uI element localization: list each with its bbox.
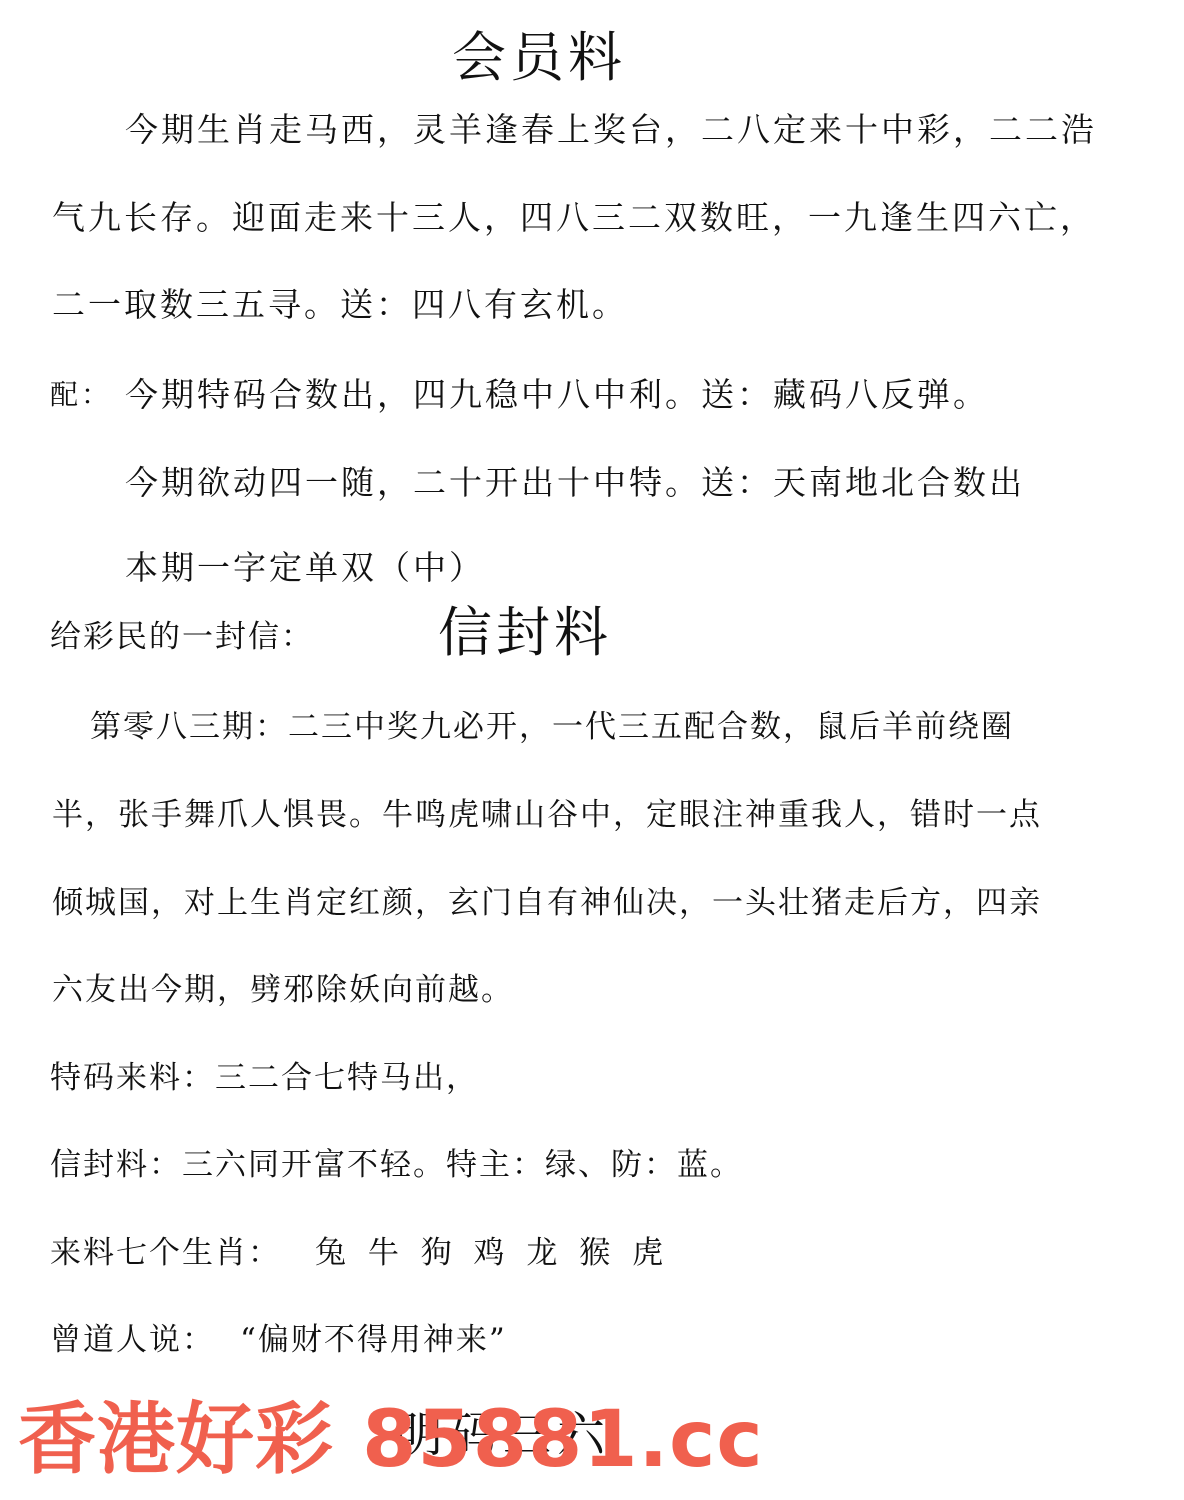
letter-section-title: 信封料: [438, 603, 612, 663]
letter-poem-line-1: 第零八三期：二三中奖九必开，一代三五配合数，鼠后羊前绕圈: [90, 707, 1014, 747]
seven-zodiacs-label: 来料七个生肖：: [50, 1233, 281, 1273]
member-line-6: 本期一字定单双（中）: [125, 548, 485, 588]
pei-line: 今期特码合数出，四九稳中八中利。送：藏码八反弹。: [125, 375, 989, 415]
member-poem-line-3: 二一取数三五寻。送：四八有玄机。: [52, 285, 628, 325]
letter-poem-line-2: 半，张手舞爪人惧畏。牛鸣虎啸山谷中，定眼注神重我人，错时一点: [52, 795, 1042, 835]
letter-label: 给彩民的一封信：: [50, 617, 314, 657]
envelope-material-line: 信封料：三六同开富不轻。特主：绿、防：蓝。: [50, 1145, 743, 1185]
seven-zodiacs-list: 兔 牛 狗 鸡 龙 猴 虎: [315, 1233, 669, 1273]
quote-label: 曾道人说：: [50, 1320, 215, 1360]
member-poem-line-2: 气九长存。迎面走来十三人，四八三二双数旺，一九逢生四六亡，: [52, 198, 1096, 238]
site-watermark: 香港好彩 85881.cc: [18, 1395, 764, 1485]
quote-text: “偏财不得用神来”: [240, 1320, 507, 1360]
special-code-line: 特码来料：三二合七特马出，: [50, 1058, 479, 1098]
member-poem-line-1: 今期生肖走马西，灵羊逢春上奖台，二八定来十中彩，二二浩: [125, 110, 1097, 150]
member-line-5: 今期欲动四一随，二十开出十中特。送：天南地北合数出: [125, 463, 1025, 503]
letter-poem-line-3: 倾城国，对上生肖定红颜，玄门自有神仙决，一头壮猪走后方，四亲: [52, 883, 1042, 923]
pei-label: 配：: [50, 375, 112, 415]
member-section-title: 会员料: [452, 28, 626, 88]
letter-poem-line-4: 六友出今期，劈邪除妖向前越。: [52, 970, 514, 1010]
